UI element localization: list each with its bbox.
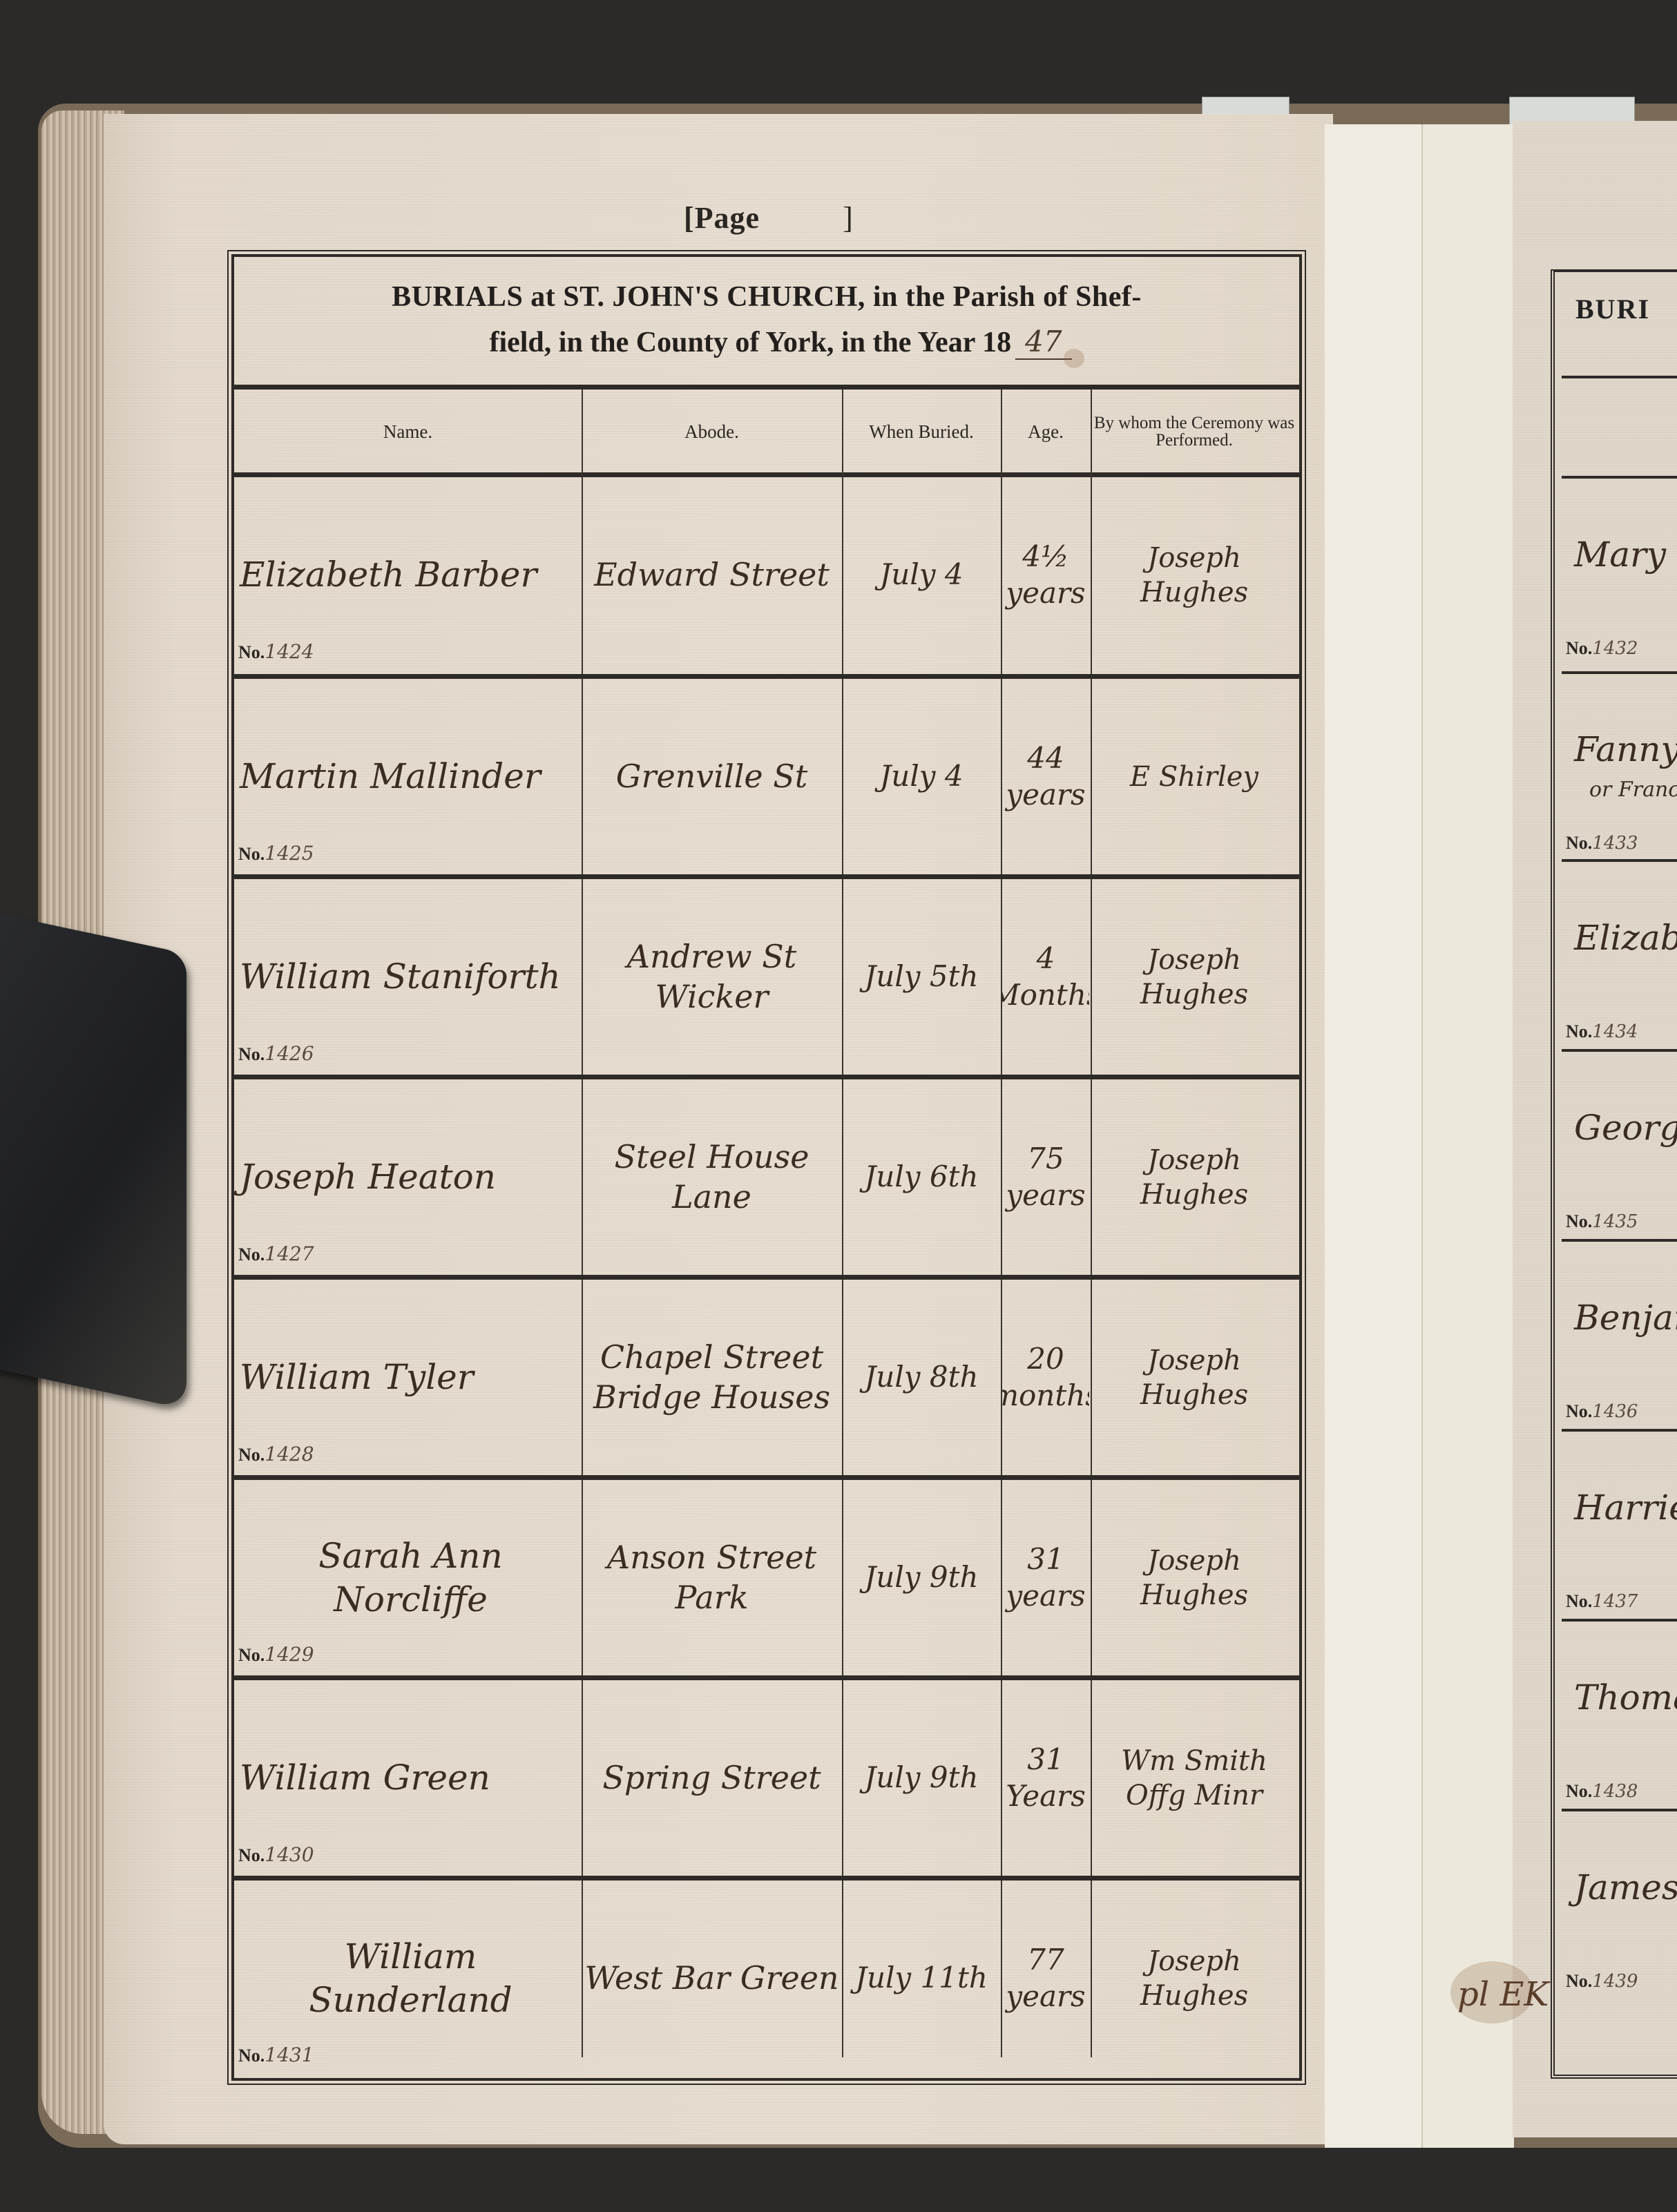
- page-bracket: ]: [843, 201, 854, 235]
- register-entry: William Staniforth Andrew St Wicker July…: [234, 879, 1299, 1075]
- entry-abode: Grenville St: [583, 679, 841, 874]
- entry-abode: Edward Street: [583, 477, 841, 673]
- right-register-title: BURI: [1575, 293, 1650, 325]
- burial-register-table: BURIALS at ST. JOHN'S CHURCH, in the Par…: [231, 254, 1302, 2081]
- register-entry: William Sunderland West Bar Green July 1…: [234, 1881, 1299, 2076]
- title-line-1: BURIALS at ST. JOHN'S CHURCH, in the Par…: [234, 280, 1299, 314]
- entry-age: 77 years: [1002, 1881, 1089, 2076]
- entry-abode: Steel House Lane: [583, 1079, 841, 1275]
- column-header-abode: Abode.: [582, 389, 842, 474]
- entry-abode: Andrew St Wicker: [583, 879, 841, 1075]
- entry-burial-date: July 4: [843, 679, 999, 874]
- entry-number: No.1425: [238, 842, 314, 865]
- column-header-name: Name.: [234, 389, 582, 474]
- entry-abode: Spring Street: [583, 1680, 841, 1876]
- column-header-officiant: By whom the Ceremony was Performed.: [1091, 389, 1298, 474]
- right-register-entry: Harriet No.1437: [1562, 1432, 1677, 1619]
- entry-officiant: Joseph Hughes: [1092, 1480, 1296, 1675]
- right-register-entry: Elizabeth No.1434: [1562, 863, 1677, 1049]
- entry-abode: West Bar Green: [583, 1881, 841, 2076]
- margin-annotation: pl EK: [1457, 1975, 1549, 2014]
- entry-burial-date: July 11th: [843, 1881, 999, 2076]
- entry-age: 20 months: [1002, 1280, 1089, 1475]
- entry-age: 31 Years: [1002, 1680, 1089, 1876]
- entry-officiant: Joseph Hughes: [1092, 879, 1296, 1075]
- ink-stain: [1064, 349, 1084, 368]
- repair-strip: [1421, 124, 1514, 2148]
- entry-number: No.1426: [238, 1042, 314, 1065]
- register-entry: Elizabeth Barber Edward Street July 4 4½…: [234, 477, 1299, 673]
- entry-burial-date: July 6th: [843, 1079, 999, 1275]
- entry-age: 31 years: [1002, 1480, 1089, 1675]
- register-entry: William Tyler Chapel Street Bridge House…: [234, 1280, 1299, 1475]
- register-entry: Sarah Ann Norcliffe Anson Street Park Ju…: [234, 1480, 1299, 1675]
- entry-officiant: Joseph Hughes: [1092, 1881, 1296, 2076]
- right-burial-register: BURI Mary No.1432 Fanny or Frances No.14…: [1551, 269, 1677, 2079]
- rule: [234, 472, 1299, 477]
- column-header-age: Age.: [1001, 389, 1091, 474]
- handwritten-year: 47: [1015, 325, 1071, 360]
- entry-burial-date: July 9th: [843, 1680, 999, 1876]
- rule: [234, 385, 1299, 389]
- entry-age: 44 years: [1002, 679, 1089, 874]
- entry-officiant: Joseph Hughes: [1092, 1280, 1296, 1475]
- entry-officiant: Joseph Hughes: [1092, 477, 1296, 673]
- right-register-entry: Mary No.1432: [1562, 479, 1677, 666]
- page-label: [Page: [684, 201, 760, 235]
- entry-number: No.1427: [238, 1242, 314, 1265]
- entry-age: 4½ years: [1002, 477, 1089, 673]
- rule: [1562, 376, 1677, 378]
- rule: [234, 874, 1299, 879]
- metal-clip: [0, 911, 186, 1410]
- entry-officiant: Wm Smith Offg Minr: [1092, 1680, 1296, 1876]
- entry-number: No.1428: [238, 1443, 314, 1465]
- title-line-2-text: field, in the County of York, in the Yea…: [489, 327, 1011, 358]
- register-entry: Martin Mallinder Grenville St July 4 44 …: [234, 679, 1299, 874]
- entry-age: 4 Months: [1002, 879, 1089, 1075]
- entry-number: No.1431: [238, 2043, 314, 2066]
- entry-age: 75 years: [1002, 1079, 1089, 1275]
- entry-number: No.1430: [238, 1843, 314, 1866]
- page-number-marker: [Page]: [684, 200, 854, 235]
- rule: [234, 1675, 1299, 1680]
- right-register-entry: Thomas No.1438: [1562, 1622, 1677, 1809]
- right-register-entry: Benjamin No.1436: [1562, 1242, 1677, 1429]
- register-entry: William Green Spring Street July 9th 31 …: [234, 1680, 1299, 1876]
- entry-burial-date: July 4: [843, 477, 999, 673]
- register-title: BURIALS at ST. JOHN'S CHURCH, in the Par…: [234, 257, 1299, 385]
- entry-officiant: E Shirley: [1092, 679, 1296, 874]
- entry-burial-date: July 8th: [843, 1280, 999, 1475]
- entry-number: No.1424: [238, 640, 314, 663]
- rule: [1562, 476, 1677, 479]
- right-register-entry: Fanny or Frances No.1433: [1562, 674, 1677, 860]
- entry-officiant: Joseph Hughes: [1092, 1079, 1296, 1275]
- rule: [234, 1876, 1299, 1881]
- repair-strip: [1325, 124, 1421, 2148]
- entry-burial-date: July 5th: [843, 879, 999, 1075]
- entry-number: No.1429: [238, 1643, 314, 1666]
- right-register-entry: James No.1439: [1562, 1812, 1677, 1999]
- right-register-entry: George No.1435: [1562, 1052, 1677, 1239]
- rule: [234, 1475, 1299, 1480]
- entry-burial-date: July 9th: [843, 1480, 999, 1675]
- entry-abode: Anson Street Park: [583, 1480, 841, 1675]
- rule: [234, 1275, 1299, 1280]
- rule: [234, 674, 1299, 679]
- title-line-2: field, in the County of York, in the Yea…: [234, 325, 1299, 360]
- column-header-when-buried: When Buried.: [842, 389, 1001, 474]
- rule: [234, 1075, 1299, 1079]
- register-entry: Joseph Heaton Steel House Lane July 6th …: [234, 1079, 1299, 1275]
- column-header-row: Name. Abode. When Buried. Age. By whom t…: [234, 389, 1299, 474]
- entry-abode: Chapel Street Bridge Houses: [583, 1280, 841, 1475]
